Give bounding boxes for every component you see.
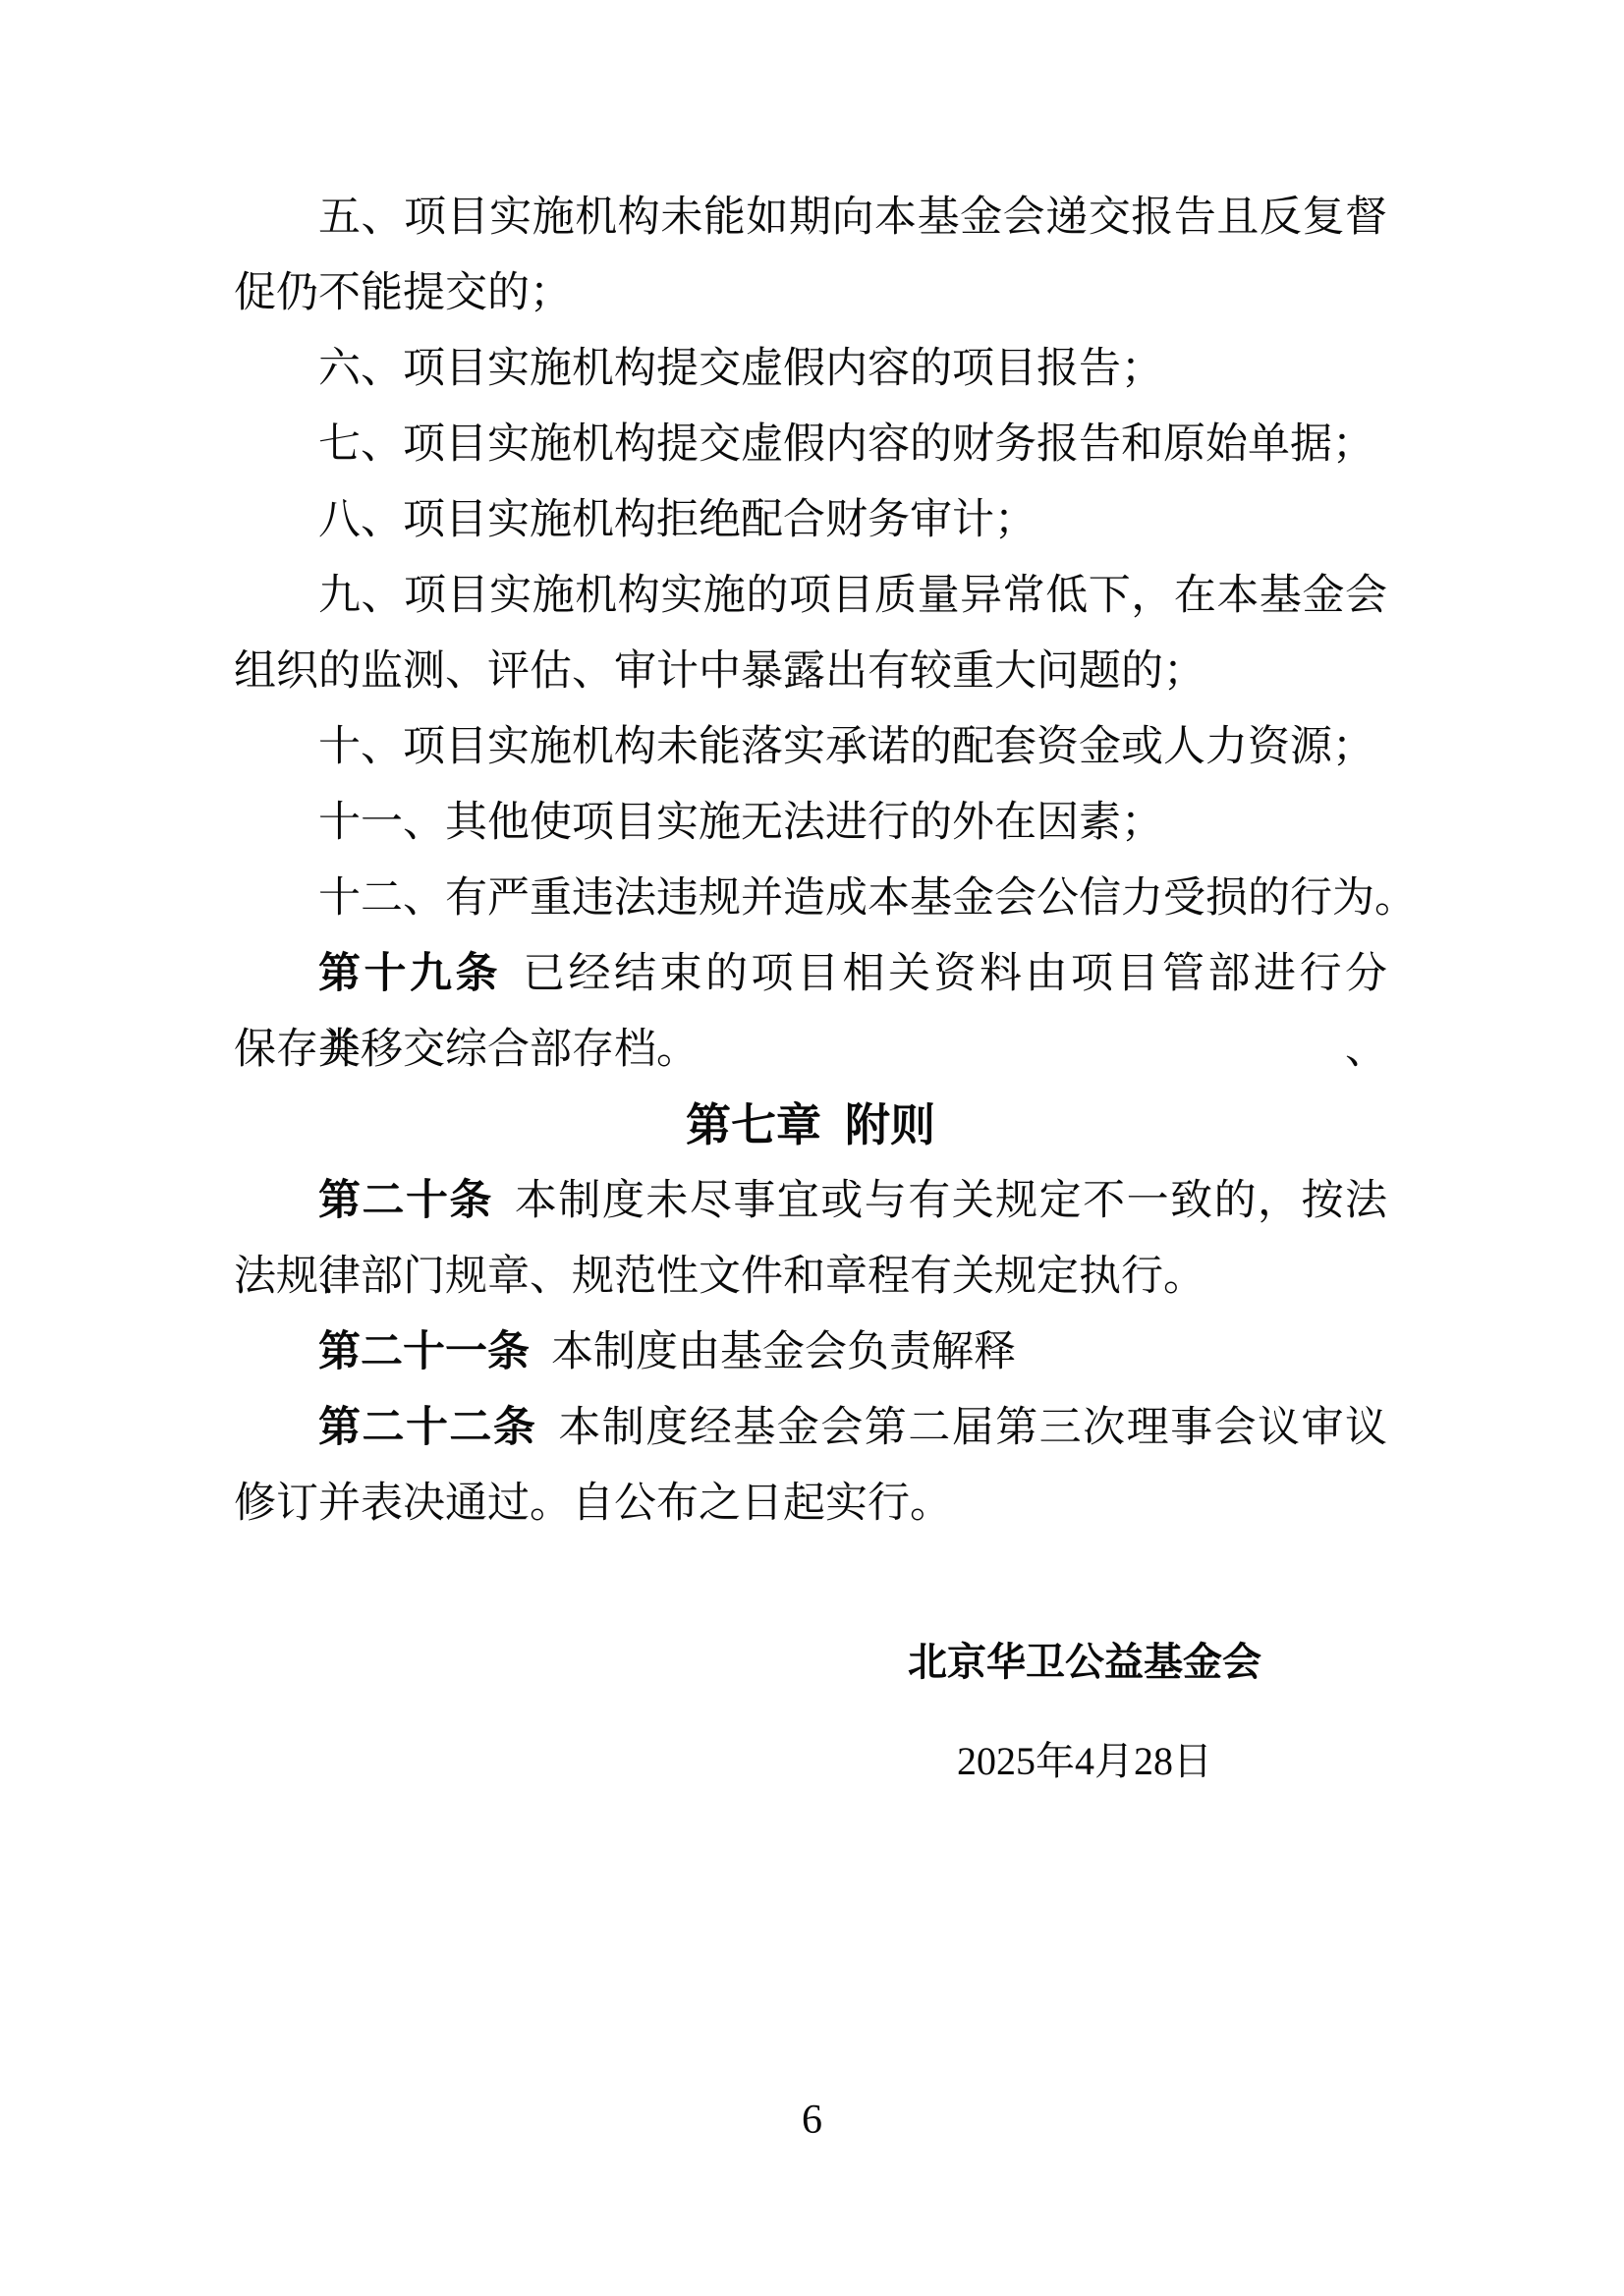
page-number: 6: [0, 2091, 1624, 2150]
item-12-line: 十二、有严重违法违规并造成本基金会公信力受损的行为。: [234, 861, 1387, 936]
article-19-text-2: 保存并移交综合部存档。: [234, 1027, 699, 1073]
chapter-number: 第七章: [686, 1100, 821, 1150]
item-7-text: 七、项目实施机构提交虚假内容的财务报告和原始单据；: [318, 421, 1374, 468]
article-19-label: 第十九条: [318, 951, 501, 997]
chapter-7-heading: 第七章附则: [234, 1088, 1387, 1163]
article-21-text: 本制度由基金会负责解释: [551, 1329, 1016, 1375]
article-20-line-1: 第二十条本制度未尽事宜或与有关规定不一致的，按法律: [234, 1163, 1387, 1239]
item-9-line-1: 九、项目实施机构实施的项目质量异常低下，在本基金会: [234, 558, 1387, 634]
item-8-text: 八、项目实施机构拒绝配合财务审计；: [318, 497, 1036, 543]
signature-block: 北京华卫公益基金会 2025年4月28日: [908, 1624, 1261, 1799]
item-10-line: 十、项目实施机构未能落实承诺的配套资金或人力资源；: [234, 709, 1387, 785]
article-20-line-2: 法规、部门规章、规范性文件和章程有关规定执行。: [234, 1239, 1387, 1315]
article-22-label: 第二十二条: [318, 1405, 536, 1451]
article-22-text-2: 修订并表决通过。自公布之日起实行。: [234, 1481, 952, 1527]
document-page: 五、项目实施机构未能如期向本基金会递交报告且反复督 促仍不能提交的； 六、项目实…: [0, 0, 1624, 2296]
article-19-line-1: 第十九条已经结束的项目相关资料由项目管部进行分类、: [234, 936, 1387, 1012]
item-5-line-2: 促仍不能提交的；: [234, 255, 1387, 331]
item-9-text-2: 组织的监测、评估、审计中暴露出有较重大问题的；: [234, 648, 1205, 695]
article-22-line-1: 第二十二条本制度经基金会第二届第三次理事会议审议: [234, 1390, 1387, 1466]
article-22-line-2: 修订并表决通过。自公布之日起实行。: [234, 1466, 1387, 1541]
article-21-label: 第二十一条: [318, 1329, 530, 1375]
article-20-label: 第二十条: [318, 1178, 493, 1224]
item-6-line: 六、项目实施机构提交虚假内容的项目报告；: [234, 331, 1387, 407]
article-21-line: 第二十一条本制度由基金会负责解释: [234, 1315, 1387, 1390]
item-5-text-2: 促仍不能提交的；: [234, 270, 572, 316]
item-8-line: 八、项目实施机构拒绝配合财务审计；: [234, 482, 1387, 558]
item-6-text: 六、项目实施机构提交虚假内容的项目报告；: [318, 346, 1163, 392]
item-7-line: 七、项目实施机构提交虚假内容的财务报告和原始单据；: [234, 407, 1387, 482]
item-9-text-1: 九、项目实施机构实施的项目质量异常低下，在本基金会: [318, 573, 1387, 619]
document-body: 五、项目实施机构未能如期向本基金会递交报告且反复督 促仍不能提交的； 六、项目实…: [234, 180, 1387, 1541]
item-11-text: 十一、其他使项目实施无法进行的外在因素；: [318, 800, 1163, 846]
item-11-line: 十一、其他使项目实施无法进行的外在因素；: [234, 785, 1387, 861]
article-22-text-1: 本制度经基金会第二届第三次理事会议审议: [558, 1405, 1387, 1451]
item-12-text: 十二、有严重违法违规并造成本基金会公信力受损的行为。: [318, 875, 1417, 922]
item-10-text: 十、项目实施机构未能落实承诺的配套资金或人力资源；: [318, 724, 1374, 770]
item-9-line-2: 组织的监测、评估、审计中暴露出有较重大问题的；: [234, 634, 1387, 709]
item-5-line-1: 五、项目实施机构未能如期向本基金会递交报告且反复督: [234, 180, 1387, 255]
signature-organization: 北京华卫公益基金会: [908, 1624, 1261, 1700]
signature-date: 2025年4月28日: [908, 1723, 1261, 1799]
chapter-title: 附则: [845, 1100, 935, 1150]
item-5-text-1: 五、项目实施机构未能如期向本基金会递交报告且反复督: [318, 195, 1387, 241]
article-20-text-2: 法规、部门规章、规范性文件和章程有关规定执行。: [234, 1254, 1205, 1300]
